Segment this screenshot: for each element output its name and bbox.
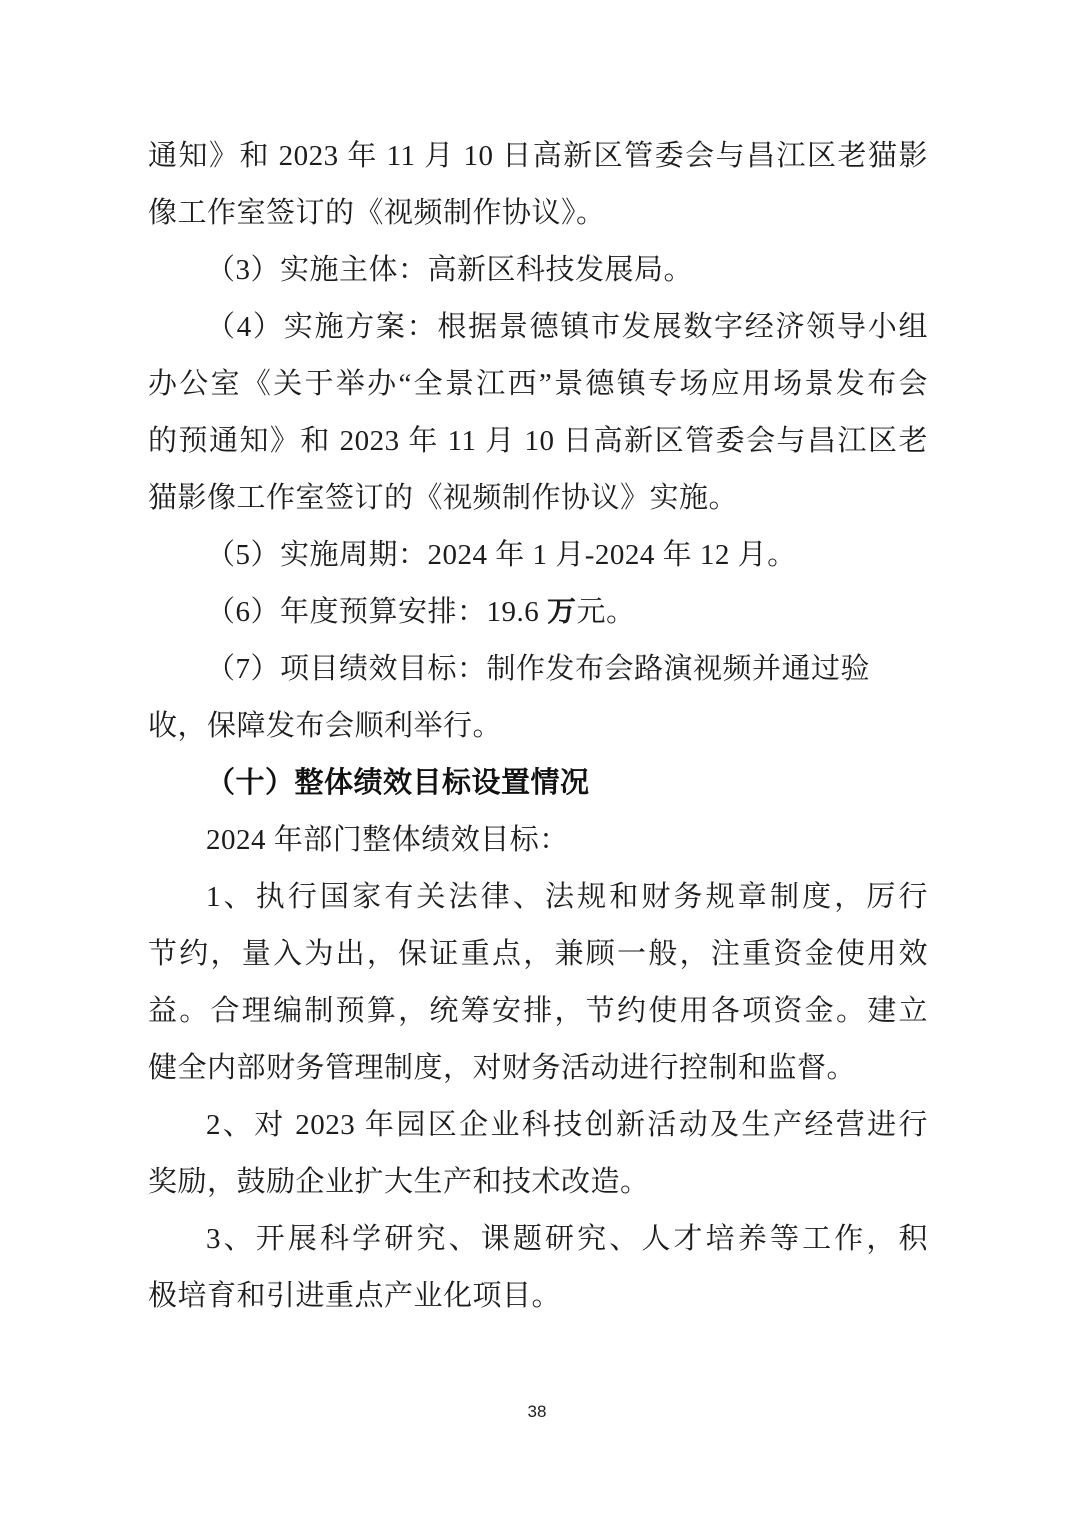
text-line-goal-2: 2、对 2023 年园区企业科技创新活动及生产经营进行: [148, 1097, 928, 1154]
text-line: 节约，量入为出，保证重点，兼顾一般，注重资金使用效: [148, 926, 928, 983]
text-line: 2024 年部门整体绩效目标：: [148, 812, 928, 869]
budget-text-pre: （6）年度预算安排：19.6: [206, 596, 547, 628]
text-line: 益。合理编制预算，统筹安排，节约使用各项资金。建立: [148, 983, 928, 1040]
section-heading: （十）整体绩效目标设置情况: [148, 755, 928, 812]
text-line: 猫影像工作室签订的《视频制作协议》实施。: [148, 470, 928, 527]
text-line: 极培育和引进重点产业化项目。: [148, 1268, 928, 1325]
text-line: 收，保障发布会顺利举行。: [148, 698, 928, 755]
text-line-goal-3: 3、开展科学研究、课题研究、人才培养等工作，积: [148, 1211, 928, 1268]
text-line-item-4: （4）实施方案：根据景德镇市发展数字经济领导小组: [148, 299, 928, 356]
text-line: 通知》和 2023 年 11 月 10 日高新区管委会与昌江区老猫影: [148, 128, 928, 185]
page-number: 38: [0, 1402, 1074, 1422]
text-line: 办公室《关于举办“全景江西”景德镇专场应用场景发布会: [148, 356, 928, 413]
budget-unit-bold: 万: [547, 596, 577, 628]
text-line-item-7: （7）项目绩效目标：制作发布会路演视频并通过验: [148, 641, 928, 698]
text-line: 像工作室签订的《视频制作协议》。: [148, 185, 928, 242]
budget-text-post: 元。: [577, 596, 636, 628]
text-line: 的预通知》和 2023 年 11 月 10 日高新区管委会与昌江区老: [148, 413, 928, 470]
document-body: 通知》和 2023 年 11 月 10 日高新区管委会与昌江区老猫影 像工作室签…: [148, 128, 928, 1325]
text-line-item-5: （5）实施周期：2024 年 1 月-2024 年 12 月。: [148, 527, 928, 584]
text-line: 奖励，鼓励企业扩大生产和技术改造。: [148, 1154, 928, 1211]
text-line-item-6-budget: （6）年度预算安排：19.6 万元。: [148, 584, 928, 641]
text-line-goal-1: 1、执行国家有关法律、法规和财务规章制度，厉行: [148, 869, 928, 926]
text-line: 健全内部财务管理制度，对财务活动进行控制和监督。: [148, 1040, 928, 1097]
document-page: 通知》和 2023 年 11 月 10 日高新区管委会与昌江区老猫影 像工作室签…: [0, 0, 1074, 1520]
text-line-item-3: （3）实施主体：高新区科技发展局。: [148, 242, 928, 299]
